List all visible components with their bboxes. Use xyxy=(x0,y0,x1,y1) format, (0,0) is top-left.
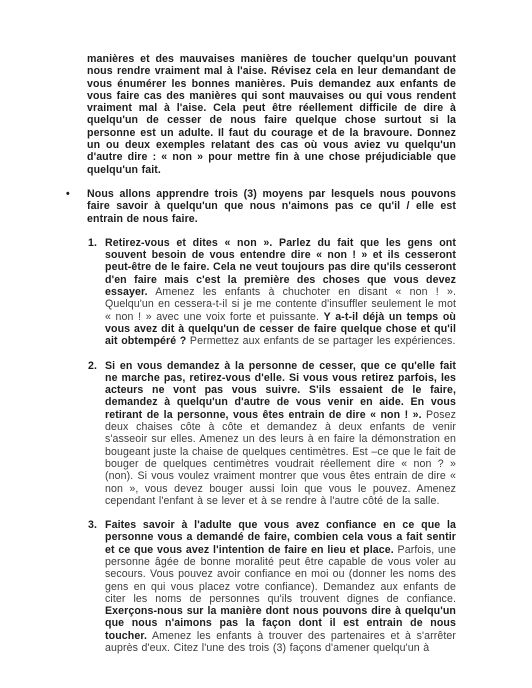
paragraph-continuation: manières et des mauvaises manières de to… xyxy=(87,53,456,176)
list-item-2: 2. Si en vous demandez à la personne de … xyxy=(87,360,456,508)
text-run: Permettez aux enfants de se partager les… xyxy=(186,335,455,347)
list-item-3: 3. Faites savoir à l'adulte que vous ave… xyxy=(87,519,456,654)
list-item-1-number: 1. xyxy=(88,237,97,249)
list-item-1-text: Retirez-vous et dites « non ». Parlez du… xyxy=(105,237,456,348)
bullet-paragraph: • Nous allons apprendre trois (3) moyens… xyxy=(87,188,456,225)
text-run: Nous allons apprendre trois (3) moyens p… xyxy=(87,188,456,225)
list-item-2-text: Si en vous demandez à la personne de ces… xyxy=(105,360,456,508)
bullet-marker: • xyxy=(66,188,70,200)
list-item-3-text: Faites savoir à l'adulte que vous avez c… xyxy=(105,519,456,654)
list-item-2-number: 2. xyxy=(88,360,97,372)
page-content: manières et des mauvaises manières de to… xyxy=(87,53,456,666)
document-page: manières et des mauvaises manières de to… xyxy=(0,0,532,688)
list-item-3-number: 3. xyxy=(88,519,97,531)
bullet-paragraph-text: Nous allons apprendre trois (3) moyens p… xyxy=(87,188,456,225)
text-run: Amenez les enfants à trouver des partena… xyxy=(105,630,456,654)
text-run: Posez deux chaises côte à côte et demand… xyxy=(105,409,456,507)
text-run: manières et des mauvaises manières de to… xyxy=(87,53,456,176)
list-item-1: 1. Retirez-vous et dites « non ». Parlez… xyxy=(87,237,456,348)
text-run: Si en vous demandez à la personne de ces… xyxy=(105,360,456,421)
